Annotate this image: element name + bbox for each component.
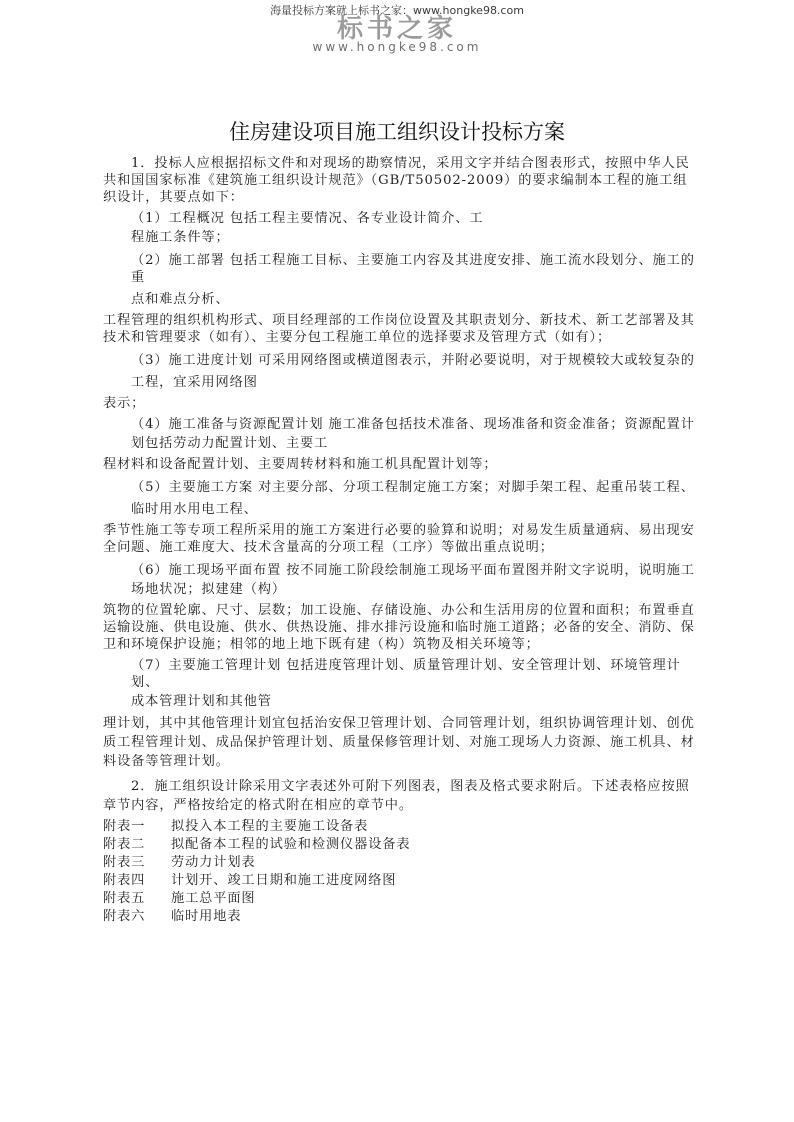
section2-intro: 2．施工组织设计除采用文字表述外可附下列图表，图表及格式要求附后。下述表格应按照… (103, 777, 699, 815)
item-7-cont: 成本管理计划和其他管 (103, 693, 699, 710)
item-5: （5）主要施工方案 对主要分部、分项工程制定施工方案；对脚手架工程、起重吊装工程… (103, 479, 699, 556)
document-title: 住房建设项目施工组织设计投标方案 (0, 116, 794, 146)
item-5-head: （5）主要施工方案 对主要分部、分项工程制定施工方案；对脚手架工程、起重吊装工程… (103, 479, 699, 496)
annex-label: 附表三 (103, 854, 171, 872)
annex-item: 附表三劳动力计划表 (103, 854, 699, 872)
annex-label: 附表一 (103, 818, 171, 836)
annex-text: 劳动力计划表 (171, 855, 256, 870)
annex-list: 附表一拟投入本工程的主要施工设备表 附表二拟配备本工程的试验和检测仪器设备表 附… (103, 818, 699, 926)
item-2-cont: 点和难点分析、 (103, 291, 699, 308)
annex-text: 计划开、竣工日期和施工进度网络图 (171, 873, 396, 888)
item-3-head: （3）施工进度计划 可采用网络图或横道图表示，并附必要说明，对于规模较大或较复杂… (103, 352, 699, 369)
item-1-head: （1）工程概况 包括工程主要情况、各专业设计简介、工 (103, 210, 699, 227)
item-6: （6）施工现场平面布置 按不同施工阶段绘制施工现场平面布置图并附文字说明，说明施… (103, 562, 699, 653)
item-4-cont: 划包括劳动力配置计划、主要工 (103, 435, 699, 452)
annex-text: 施工总平面图 (171, 891, 256, 906)
item-1-cont: 程施工条件等； (103, 229, 699, 246)
annex-label: 附表五 (103, 890, 171, 908)
annex-item: 附表四计划开、竣工日期和施工进度网络图 (103, 872, 699, 890)
item-4-tail: 程材料和设备配置计划、主要周转材料和施工机具配置计划等； (103, 456, 699, 473)
watermark-url: www.hongke98.com (0, 40, 794, 54)
annex-label: 附表四 (103, 872, 171, 890)
annex-item: 附表五施工总平面图 (103, 890, 699, 908)
item-3: （3）施工进度计划 可采用网络图或横道图表示，并附必要说明，对于规模较大或较复杂… (103, 352, 699, 412)
item-7: （7）主要施工管理计划 包括进度管理计划、质量管理计划、安全管理计划、环境管理计… (103, 657, 699, 771)
item-4: （4）施工准备与资源配置计划 施工准备包括技术准备、现场准备和资金准备；资源配置… (103, 416, 699, 473)
item-1: （1）工程概况 包括工程主要情况、各专业设计简介、工 程施工条件等； (103, 210, 699, 246)
item-7-head: （7）主要施工管理计划 包括进度管理计划、质量管理计划、安全管理计划、环境管理计… (103, 657, 699, 691)
annex-text: 拟配备本工程的试验和检测仪器设备表 (171, 837, 411, 852)
item-3-cont: 工程，宜采用网络图 (103, 374, 699, 391)
annex-text: 临时用地表 (171, 909, 241, 924)
item-5-tail: 季节性施工等专项工程所采用的施工方案进行必要的验算和说明；对易发生质量通病、易出… (103, 522, 699, 556)
annex-text: 拟投入本工程的主要施工设备表 (171, 819, 368, 834)
item-6-tail: 筑物的位置轮廓、尺寸、层数；加工设施、存储设施、办公和生活用房的位置和面积；布置… (103, 602, 699, 653)
item-5-cont: 临时用水用电工程、 (103, 501, 699, 518)
annex-label: 附表六 (103, 908, 171, 926)
item-2-head: （2）施工部署 包括工程施工目标、主要施工内容及其进度安排、施工流水段划分、施工… (103, 252, 699, 286)
item-2: （2）施工部署 包括工程施工目标、主要施工内容及其进度安排、施工流水段划分、施工… (103, 252, 699, 346)
annex-label: 附表二 (103, 836, 171, 854)
annex-item: 附表一拟投入本工程的主要施工设备表 (103, 818, 699, 836)
annex-item: 附表六临时用地表 (103, 908, 699, 926)
document-body: 1．投标人应根据招标文件和对现场的勘察情况，采用文字并结合图表形式，按照中华人民… (103, 155, 699, 926)
item-6-head: （6）施工现场平面布置 按不同施工阶段绘制施工现场平面布置图并附文字说明，说明施… (103, 562, 699, 579)
item-2-tail: 工程管理的组织机构形式、项目经理部的工作岗位设置及其职责划分、新技术、新工艺部署… (103, 312, 699, 346)
item-4-head: （4）施工准备与资源配置计划 施工准备包括技术准备、现场准备和资金准备；资源配置… (103, 416, 699, 433)
annex-item: 附表二拟配备本工程的试验和检测仪器设备表 (103, 836, 699, 854)
item-6-cont: 场地状况；拟建建（构） (103, 581, 699, 598)
item-3-tail: 表示； (103, 395, 699, 412)
section1-intro: 1．投标人应根据招标文件和对现场的勘察情况，采用文字并结合图表形式，按照中华人民… (103, 155, 699, 206)
item-7-tail: 理计划，其中其他管理计划宜包括治安保卫管理计划、合同管理计划，组织协调管理计划、… (103, 714, 699, 771)
